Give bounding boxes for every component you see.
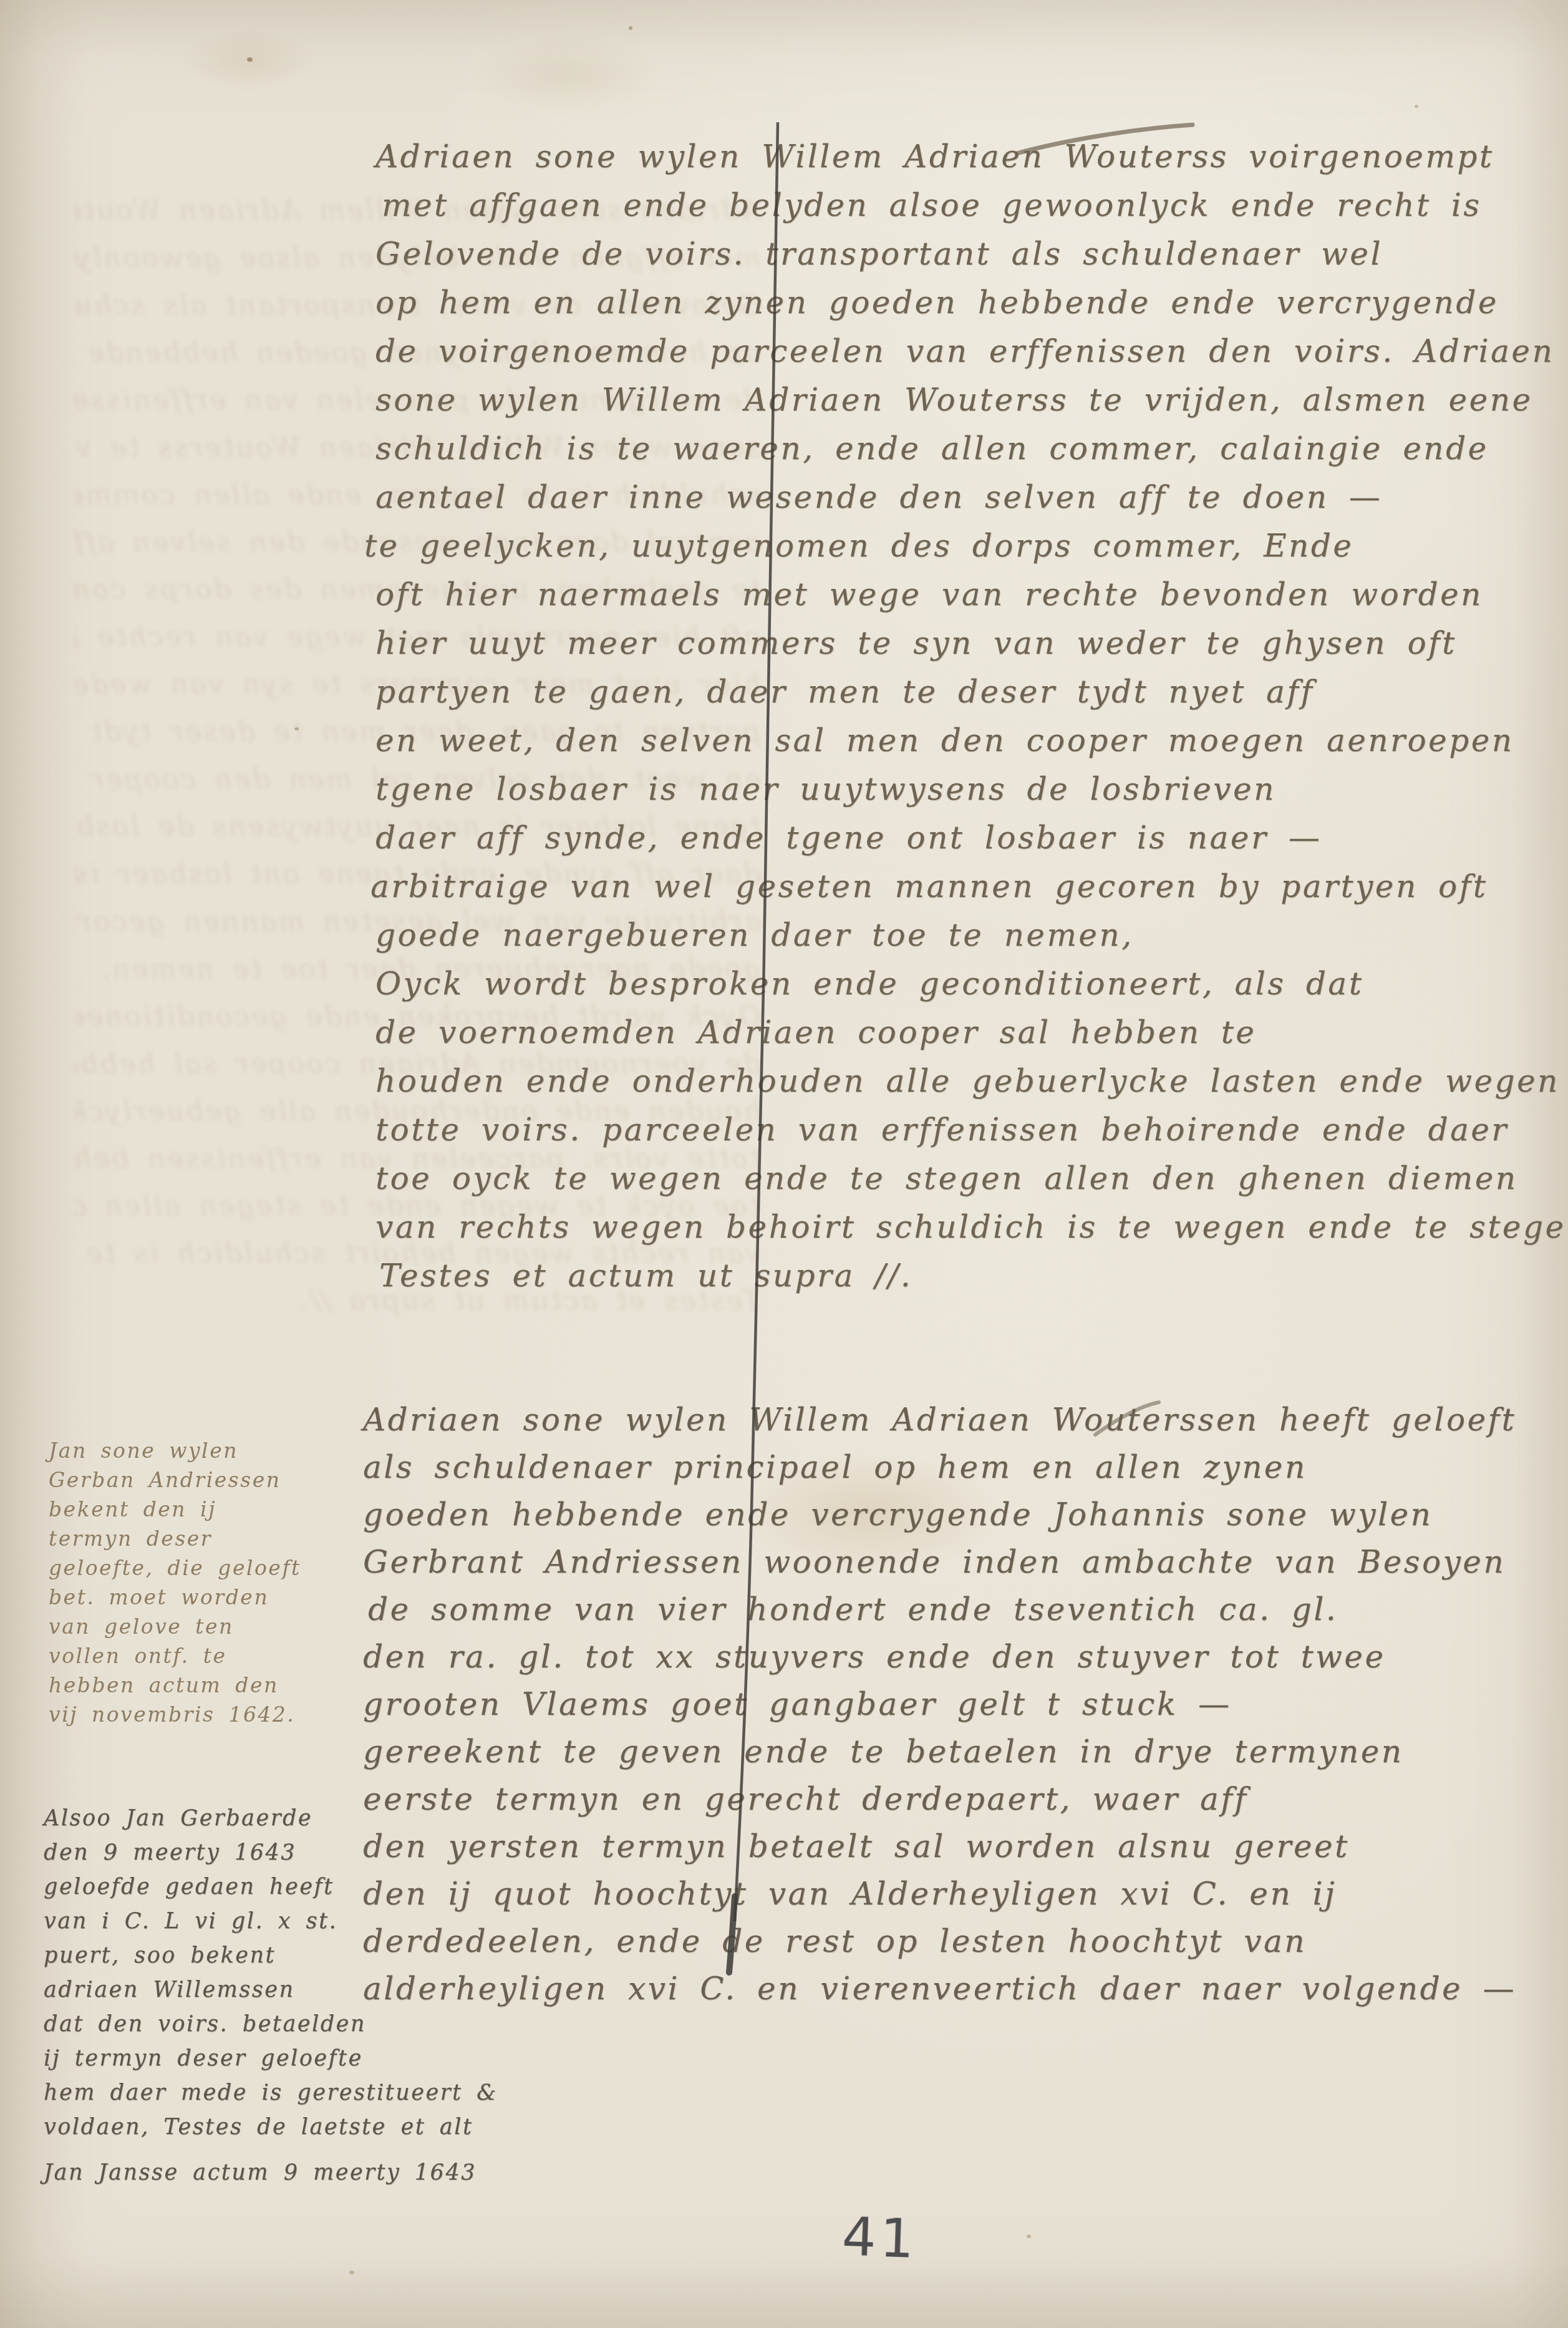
entry-1-text-block: Adriaen sone wylen Willem Adriaen Wouter… [375, 132, 1548, 1300]
manuscript-line: op hem en allen zynen goeden hebbende en… [375, 278, 1548, 327]
manuscript-line: gereekent te geven ende te betaelen in d… [363, 1728, 1548, 1775]
manuscript-line: houden ende onderhouden alle gebuerlycke… [375, 1057, 1548, 1105]
manuscript-line: hebben actum den [49, 1671, 301, 1700]
manuscript-line: bekent den ij [49, 1495, 301, 1524]
ink-speck [1027, 2234, 1031, 2238]
manuscript-line: goede naergebueren daer toe te nemen, [375, 911, 1548, 959]
manuscript-line: hier uuyt meer commers te syn van weder … [375, 619, 1548, 667]
manuscript-line: voldaen, Testes de laetste et alt [44, 2110, 498, 2145]
manuscript-line: Oyck wordt besproken ende geconditioneer… [375, 959, 1548, 1008]
manuscript-line: adriaen Willemssen [44, 1973, 498, 2007]
manuscript-line: ij termyn deser geloefte [44, 2042, 498, 2076]
ink-speck [247, 57, 253, 62]
manuscript-line: derdedeelen, ende de rest op lesten hooc… [363, 1918, 1548, 1965]
manuscript-line: Adriaen sone wylen Willem Adriaen Wouter… [375, 132, 1548, 181]
manuscript-line: Alsoo Jan Gerbaerde [44, 1802, 498, 1836]
ink-speck [1415, 105, 1418, 108]
manuscript-line: de voernoemden Adriaen cooper sal hebben… [375, 1008, 1548, 1057]
manuscript-line: van rechts wegen behoirt schuldich is te… [375, 1203, 1548, 1251]
manuscript-line: sone wylen Willem Adriaen Wouterss te vr… [375, 376, 1548, 424]
manuscript-line: Jan sone wylen [49, 1436, 301, 1465]
manuscript-line: aentael daer inne wesende den selven aff… [375, 473, 1548, 521]
manuscript-line: puert, soo bekent [44, 1939, 498, 1973]
manuscript-line: bet. moet worden [49, 1583, 301, 1612]
manuscript-line: te geelycken, uuytgenomen des dorps comm… [364, 521, 1548, 570]
manuscript-line: als schuldenaer principael op hem en all… [363, 1443, 1548, 1491]
manuscript-line: Testes et actum ut supra //. [379, 1251, 1548, 1300]
manuscript-line: den yersten termyn betaelt sal worden al… [363, 1823, 1548, 1870]
manuscript-line: tgene losbaer is naer uuytwysens de losb… [375, 765, 1548, 813]
manuscript-line: termyn deser [49, 1524, 301, 1553]
manuscript-line: vollen ontf. te [49, 1641, 301, 1671]
manuscript-line: dat den voirs. betaelden [44, 2007, 498, 2042]
manuscript-line: de somme van vier hondert ende tseventic… [368, 1586, 1548, 1633]
manuscript-line: en weet, den selven sal men den cooper m… [375, 716, 1548, 765]
margin-note-1: Jan sone wylenGerban Andriessenbekent de… [49, 1436, 301, 1729]
manuscript-line: Gelovende de voirs. transportant als sch… [375, 230, 1548, 278]
manuscript-line: den 9 meerty 1643 [44, 1836, 498, 1870]
manuscript-line: toe oyck te wegen ende te stegen allen d… [375, 1154, 1548, 1203]
manuscript-line: daer aff synde, ende tgene ont losbaer i… [375, 813, 1548, 862]
manuscript-line: eerste termyn en gerecht derdepaert, wae… [363, 1775, 1548, 1823]
page-number-pencil: 41 [841, 2206, 919, 2271]
manuscript-line: geloefde gedaen heeft [44, 1870, 498, 1904]
entry-2-text-block: Adriaen sone wylen Willem Adriaen Wouter… [363, 1396, 1548, 2012]
manuscript-line: hem daer mede is gerestitueert & [44, 2076, 498, 2110]
manuscript-line: partyen te gaen, daer men te deser tydt … [375, 667, 1548, 716]
manuscript-line: arbitraige van wel geseten mannen gecore… [370, 862, 1548, 911]
manuscript-line: geloefte, die geloeft [49, 1553, 301, 1583]
manuscript-line: met affgaen ende belyden alsoe gewoonlyc… [382, 181, 1548, 230]
manuscript-line: van gelove ten [49, 1612, 301, 1641]
manuscript-line: Gerbrant Andriessen woonende inden ambac… [363, 1538, 1548, 1586]
manuscript-line: Jan Jansse actum 9 meerty 1643 [44, 2156, 498, 2190]
manuscript-line: Gerban Andriessen [49, 1465, 301, 1495]
manuscript-line: vij novembris 1642. [49, 1700, 301, 1729]
manuscript-page: { "page": { "pencil_number": "41" }, "do… [0, 0, 1568, 2328]
manuscript-line: den ij quot hoochtyt van Alderheyligen x… [363, 1870, 1548, 1918]
manuscript-line: totte voirs. parceelen van erffenissen b… [375, 1105, 1548, 1154]
manuscript-line: de voirgenoemde parceelen van erffenisse… [375, 327, 1548, 376]
manuscript-line: den ra. gl. tot xx stuyvers ende den stu… [363, 1633, 1548, 1681]
manuscript-line: schuldich is te waeren, ende allen comme… [375, 424, 1548, 473]
manuscript-line: grooten Vlaems goet gangbaer gelt t stuc… [363, 1681, 1548, 1728]
manuscript-line: van i C. L vi gl. x st. [44, 1904, 498, 1939]
margin-note-2: Alsoo Jan Gerbaerdeden 9 meerty 1643gelo… [44, 1802, 498, 2190]
ink-speck [349, 2271, 354, 2274]
ink-speck [629, 26, 632, 30]
manuscript-line: goeden hebbende ende vercrygende Johanni… [363, 1491, 1548, 1538]
manuscript-line: alderheyligen xvi C. en vierenveertich d… [363, 1965, 1548, 2012]
manuscript-line: Adriaen sone wylen Willem Adriaen Wouter… [363, 1396, 1548, 1443]
manuscript-line: oft hier naermaels met wege van rechte b… [375, 570, 1548, 619]
